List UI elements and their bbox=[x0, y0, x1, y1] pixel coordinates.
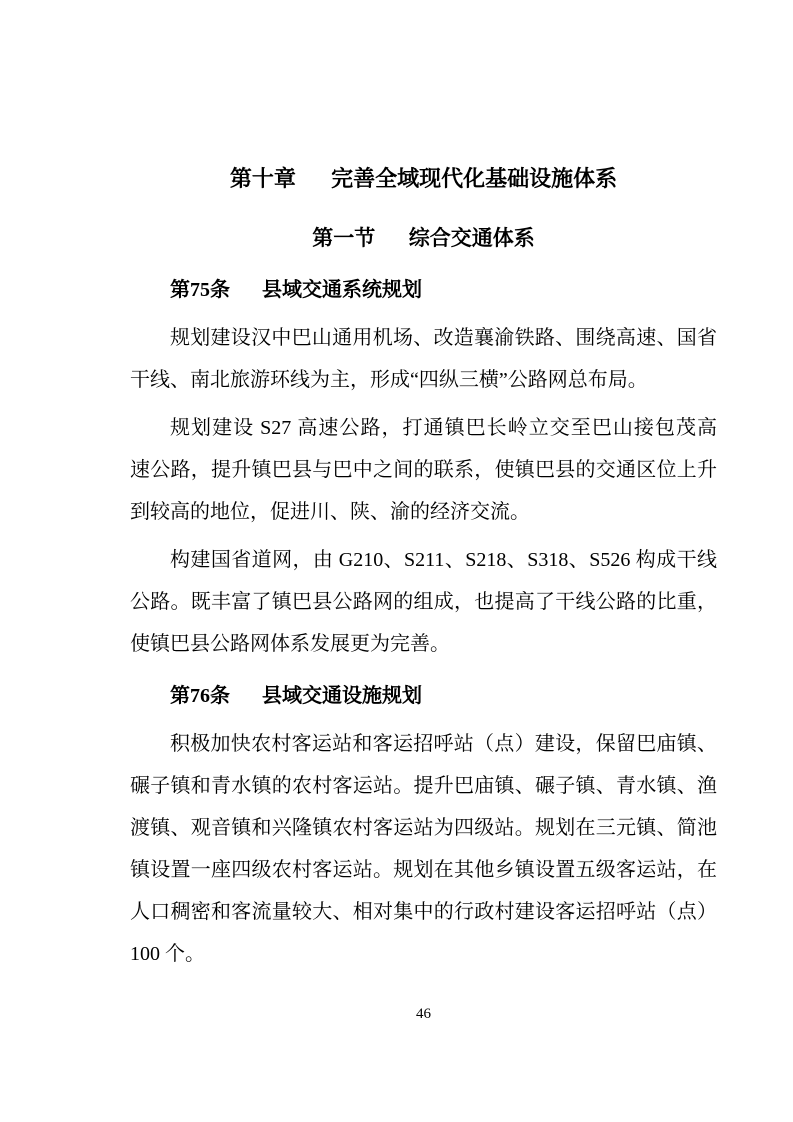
article-75-label: 第75条 bbox=[170, 279, 230, 301]
paragraph-line: 渡镇、观音镇和兴隆镇农村客运站为四级站。规划在三元镇、简池 bbox=[130, 807, 717, 849]
paragraph-line: 100 个。 bbox=[130, 933, 717, 975]
article-75-paragraph-1: 规划建设汉中巴山通用机场、改造襄渝铁路、围绕高速、国省 干线、南北旅游环线为主，… bbox=[130, 317, 717, 401]
article-75-paragraph-3: 构建国省道网，由 G210、S211、S218、S318、S526 构成干线 公… bbox=[130, 539, 717, 665]
paragraph-line: 使镇巴县公路网体系发展更为完善。 bbox=[130, 623, 717, 665]
paragraph-line: 人口稠密和客流量较大、相对集中的行政村建设客运招呼站（点） bbox=[130, 891, 717, 933]
chapter-heading: 第十章完善全域现代化基础设施体系 bbox=[130, 158, 717, 200]
chapter-label: 第十章 bbox=[230, 166, 296, 191]
paragraph-line: 规划建设 S27 高速公路，打通镇巴长岭立交至巴山接包茂高 bbox=[130, 407, 717, 449]
document-page: 第十章完善全域现代化基础设施体系 第一节综合交通体系 第75条县域交通系统规划 … bbox=[0, 0, 793, 1122]
section-heading: 第一节综合交通体系 bbox=[130, 217, 717, 259]
paragraph-line: 公路。既丰富了镇巴县公路网的组成，也提高了干线公路的比重， bbox=[130, 581, 717, 623]
paragraph-line: 速公路，提升镇巴县与巴中之间的联系，使镇巴县的交通区位上升 bbox=[130, 449, 717, 491]
article-76-heading: 第76条县域交通设施规划 bbox=[130, 675, 717, 717]
paragraph-line: 到较高的地位，促进川、陕、渝的经济交流。 bbox=[130, 491, 717, 533]
article-75-heading: 第75条县域交通系统规划 bbox=[130, 269, 717, 311]
article-76-paragraph-1: 积极加快农村客运站和客运招呼站（点）建设，保留巴庙镇、 碾子镇和青水镇的农村客运… bbox=[130, 723, 717, 975]
article-75-paragraph-2: 规划建设 S27 高速公路，打通镇巴长岭立交至巴山接包茂高 速公路，提升镇巴县与… bbox=[130, 407, 717, 533]
paragraph-line: 镇设置一座四级农村客运站。规划在其他乡镇设置五级客运站，在 bbox=[130, 849, 717, 891]
chapter-title: 完善全域现代化基础设施体系 bbox=[331, 166, 617, 191]
section-label: 第一节 bbox=[312, 226, 375, 250]
article-75-title: 县域交通系统规划 bbox=[262, 279, 422, 301]
page-number: 46 bbox=[130, 1004, 717, 1024]
paragraph-line: 碾子镇和青水镇的农村客运站。提升巴庙镇、碾子镇、青水镇、渔 bbox=[130, 765, 717, 807]
article-76-title: 县域交通设施规划 bbox=[262, 685, 422, 707]
paragraph-line: 积极加快农村客运站和客运招呼站（点）建设，保留巴庙镇、 bbox=[130, 723, 717, 765]
paragraph-line: 规划建设汉中巴山通用机场、改造襄渝铁路、围绕高速、国省 bbox=[130, 317, 717, 359]
paragraph-line: 干线、南北旅游环线为主，形成“四纵三横”公路网总布局。 bbox=[130, 359, 717, 401]
section-title: 综合交通体系 bbox=[409, 226, 535, 250]
page-content: 第十章完善全域现代化基础设施体系 第一节综合交通体系 第75条县域交通系统规划 … bbox=[130, 0, 717, 975]
paragraph-line: 构建国省道网，由 G210、S211、S218、S318、S526 构成干线 bbox=[130, 539, 717, 581]
article-76-label: 第76条 bbox=[170, 685, 230, 707]
